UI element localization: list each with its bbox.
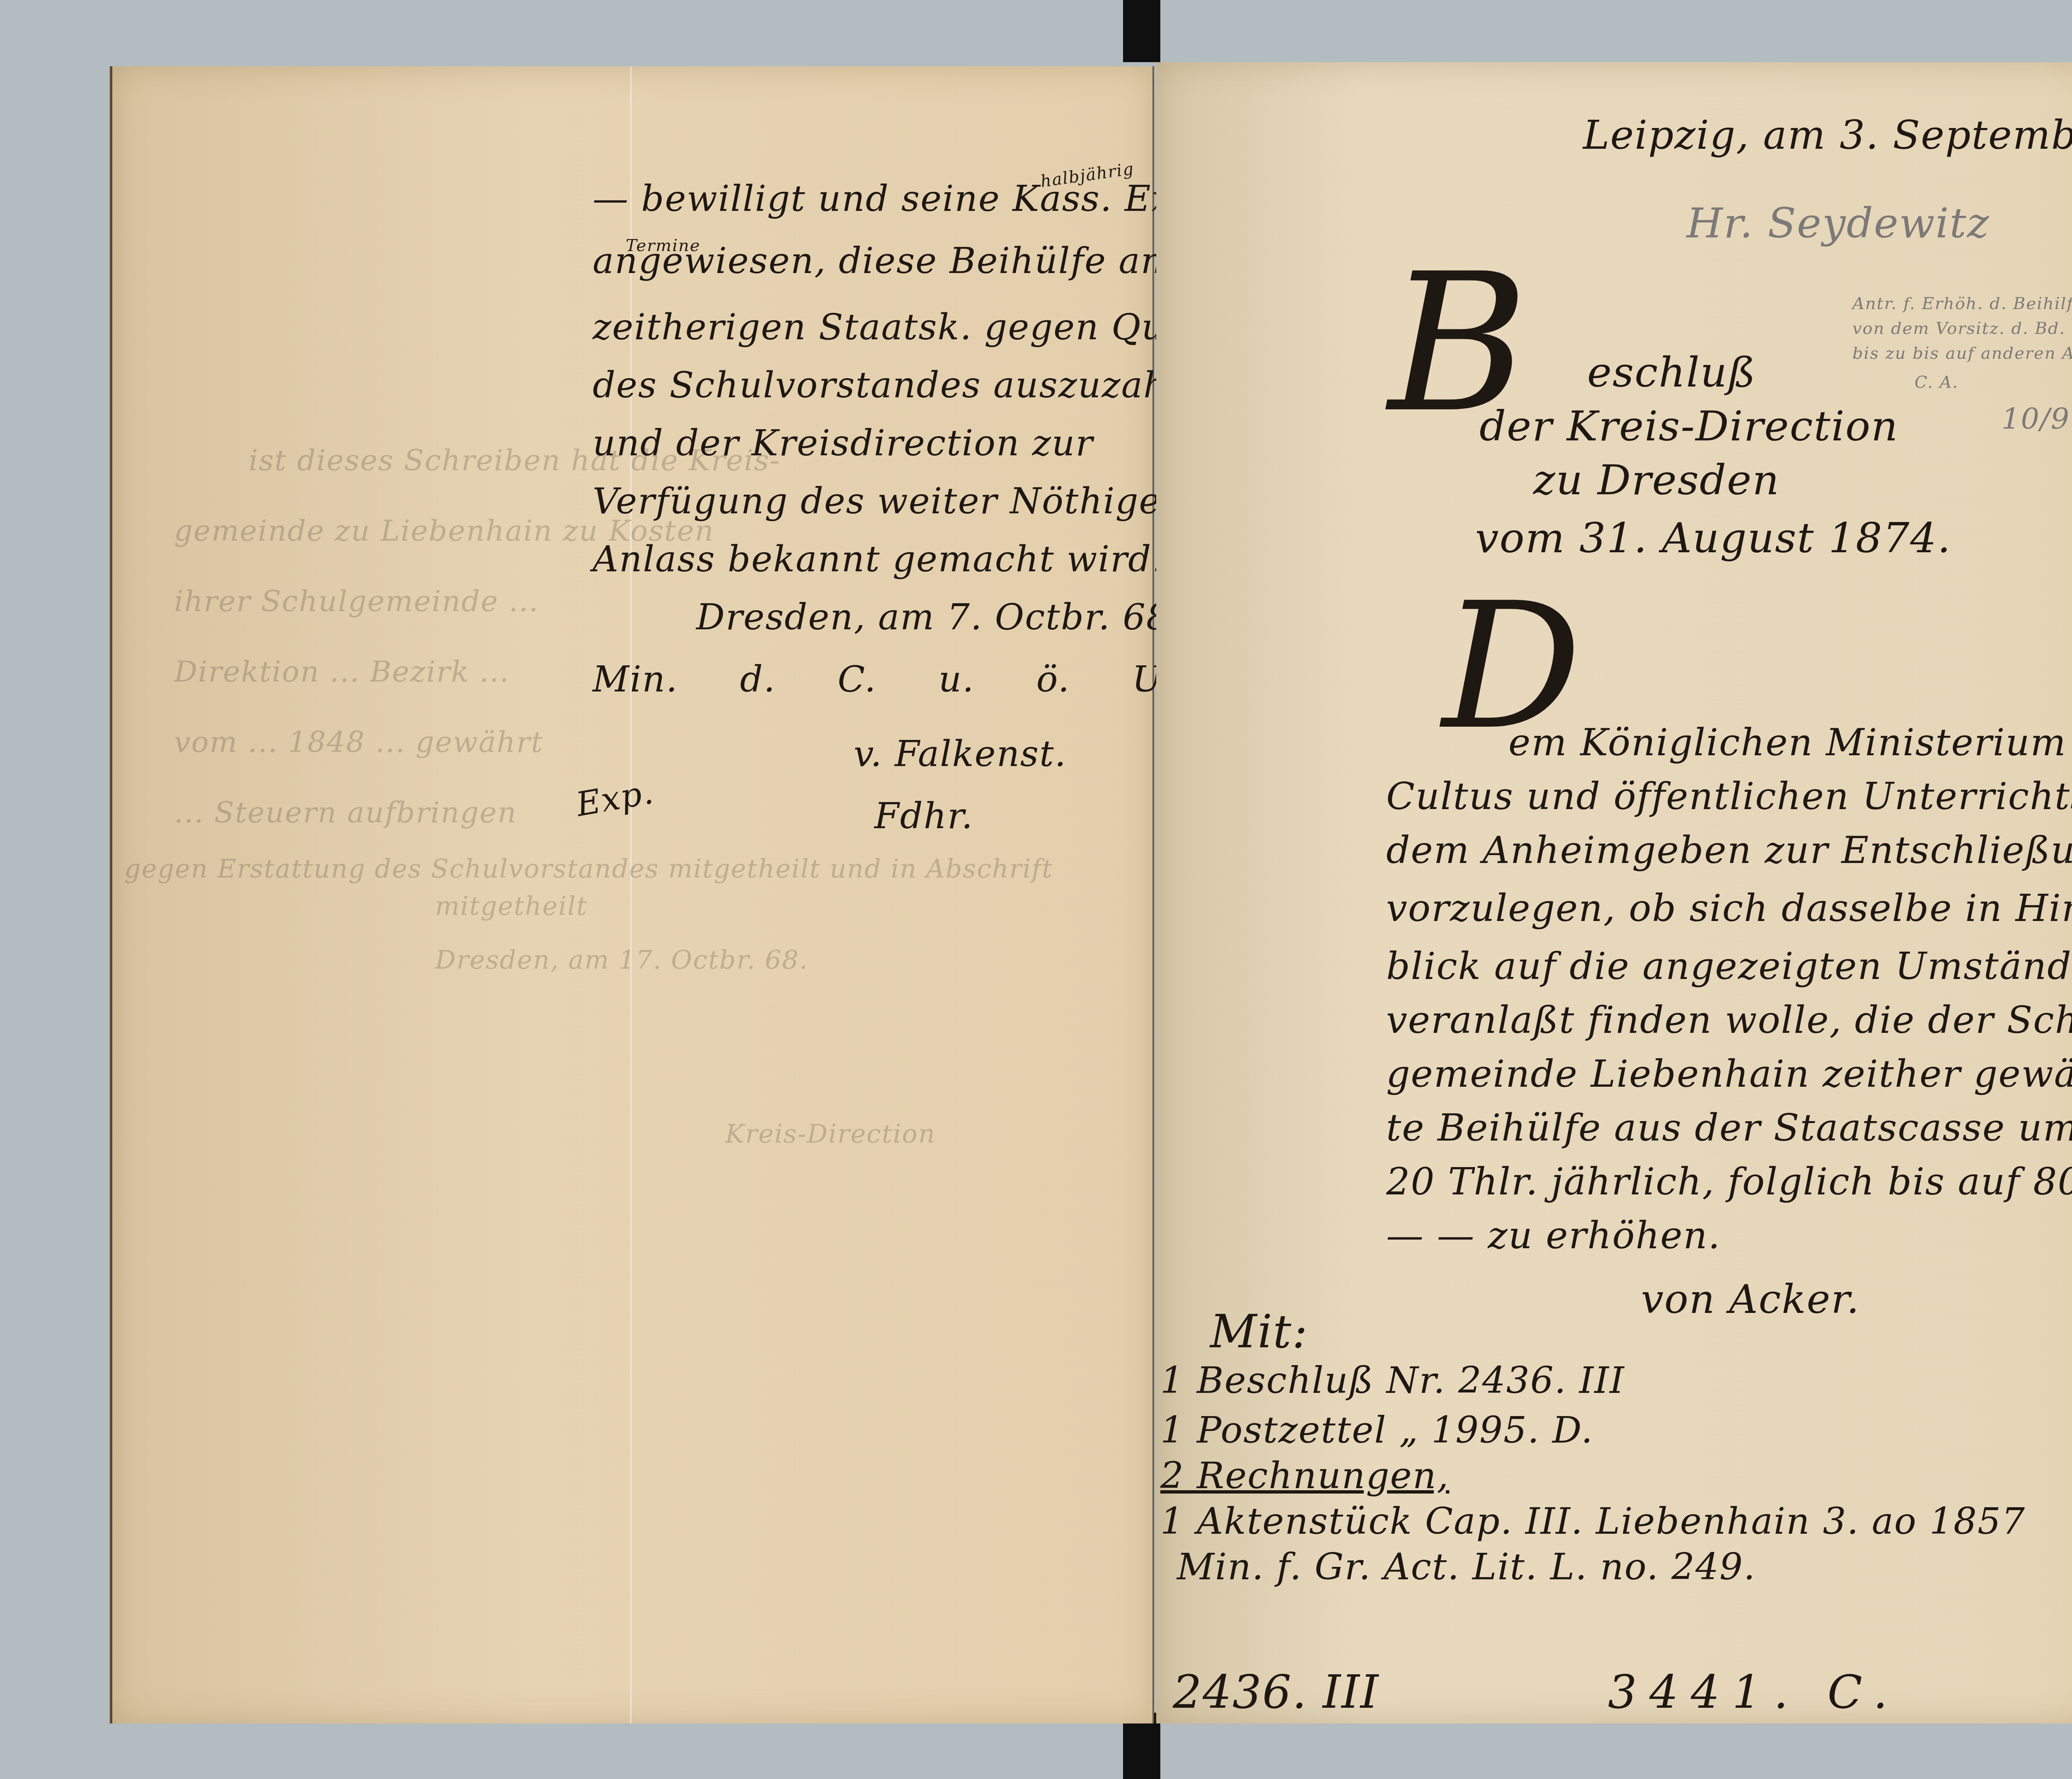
enclosure-item: 1 Beschluß Nr. 2436. III [1160,1359,1625,1402]
bleed-through-line: gegen Erstattung des Schulvorstandes mit… [124,853,1053,884]
handwritten-line: zeitherigen Staatsk. gegen Quittg. [593,307,1244,348]
enclosures-heading: Mit: [1210,1305,1308,1358]
bleed-through-line: Direktion ... Bezirk ... [174,655,510,689]
dated-line: Dresden, am 7. Octbr. 68. [696,597,1182,638]
enclosure-item: 1 Postzettel „ 1995. D. [1160,1409,1593,1451]
handwritten-line: angewiesen, diese Beihülfe an der [593,240,1240,282]
pencil-margin-note: Antr. f. Erhöh. d. Beihilfe v. 60 — zu 8… [1852,294,2072,313]
body-line: vorzulegen, ob sich dasselbe in Hin- [1386,887,2072,930]
body-line: blick auf die angezeigten Umstände [1386,945,2072,988]
handwritten-line: Verfügung des weiter Nöthigen [593,481,1185,522]
bleed-through-line: vom ... 1848 ... gewährt [174,725,543,759]
reference-number-center: 3441. C. [1608,1665,1900,1719]
signature: Fdhr. [874,795,973,837]
body-line: 20 Thlr. jährlich, folglich bis auf 80 T… [1386,1160,2072,1204]
enclosure-item: 1 Aktenstück Cap. III. Liebenhain 3. ao … [1160,1500,2026,1542]
bleed-through-line: mitgetheilt [435,891,588,921]
pencil-margin-note: bis zu bis auf anderen Antrag [1852,344,2072,363]
body-line: — — zu erhöhen. [1386,1214,1721,1257]
place-date: Leipzig, am 3. September 1874. [1583,112,2072,158]
handwritten-line: Anlass bekannt gemacht wird. [593,539,1164,580]
enclosure-item: 2 Rechnungen, [1160,1454,1449,1497]
ministry-abbreviation: Min. d. C. u. ö. U. [593,659,1172,700]
bleed-through-line: Kreis-Direction [725,1119,936,1149]
handwritten-line: des Schulvorstandes auszuzahlen [593,365,1225,406]
handwritten-line: und der Kreisdirection zur [593,423,1094,464]
body-line: veranlaßt finden wolle, die der Schul- [1386,998,2072,1042]
body-line: gemeinde Liebenhain zeither gewähr- [1386,1052,2072,1096]
body-line: em Königlichen Ministerium des [1508,721,2072,764]
pencil-margin-note: von dem Vorsitz. d. Bd. vom 1. Juli [1852,319,2072,338]
bleed-through-line: Dresden, am 17. Octbr. 68. [435,945,808,975]
heading-line: zu Dresden [1533,456,1780,504]
reference-number-left: 2436. III [1173,1665,1379,1719]
body-line: dem Anheimgeben zur Entschließung [1386,829,2072,872]
body-line: te Beihülfe aus der Staatscasse um [1386,1106,2072,1150]
pencil-name-note: Hr. Seydewitz [1687,199,1990,247]
binding-spine-top [1123,0,1160,62]
bleed-through-line: ihrer Schulgemeinde ... [174,584,539,618]
signature: von Acker. [1641,1276,1860,1322]
pencil-fraction: 10/9 Sch. [2002,402,2072,436]
heading-line: der Kreis-Direction [1479,402,1899,450]
pencil-margin-note: C. A. [1915,373,1958,392]
heading-line: vom 31. August 1874. [1475,514,1951,562]
heading-line: eschluß [1587,348,1756,396]
bleed-through-line: ... Steuern aufbringen [174,795,517,829]
body-line: Cultus und öffentlichen Unterrichts mit [1386,775,2072,818]
signature: v. Falkenst. [854,733,1067,775]
enclosure-item: Min. f. Gr. Act. Lit. L. no. 249. [1177,1545,1756,1588]
